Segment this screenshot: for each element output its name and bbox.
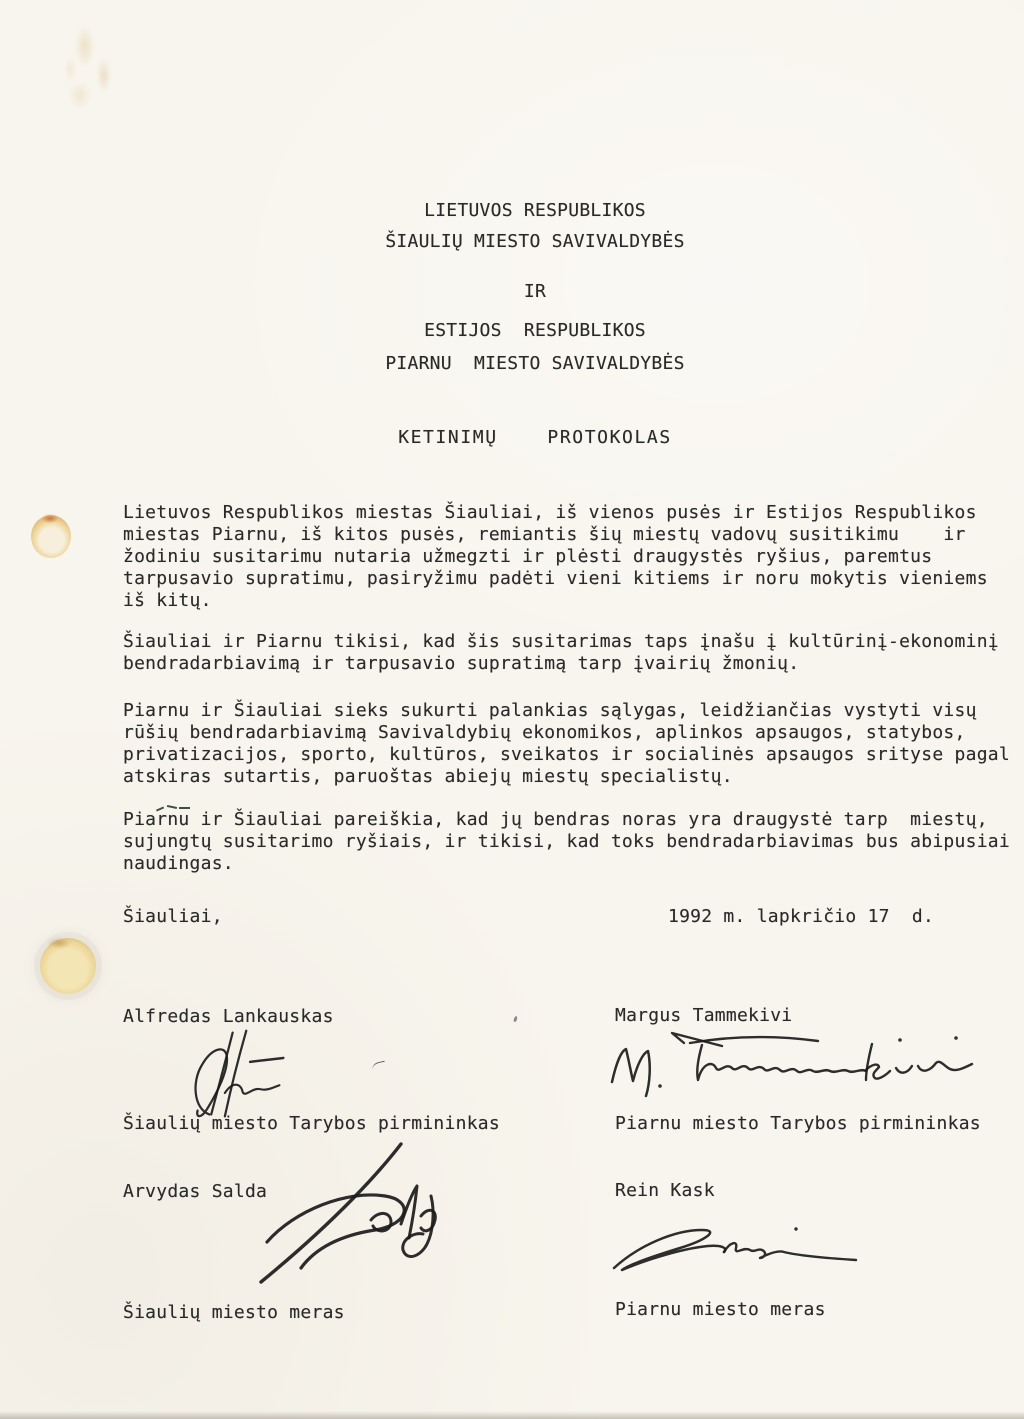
header-line-municipality-1: ŠIAULIŲ MIESTO SAVIVALDYBĖS xyxy=(46,231,1024,253)
signatory-role-tammekivi: Piarnu miesto Tarybos pirmininkas xyxy=(615,1113,981,1135)
header-line-country-1: LIETUVOS RESPUBLIKOS xyxy=(46,200,1024,222)
punch-hole-stain-upper xyxy=(31,515,71,558)
header-line-municipality-2: PIARNU MIESTO SAVIVALDYBĖS xyxy=(46,353,1024,375)
scanned-document-page: LIETUVOS RESPUBLIKOS ŠIAULIŲ MIESTO SAVI… xyxy=(0,0,1024,1419)
date-label: 1992 m. lapkričio 17 d. xyxy=(668,906,934,928)
signatory-name-kask: Rein Kask xyxy=(615,1180,715,1202)
scan-edge-shadow xyxy=(0,1411,1024,1419)
signatory-name-lankauskas: Alfredas Lankauskas xyxy=(123,1006,334,1028)
signatory-name-tammekivi: Margus Tammekivi xyxy=(615,1005,792,1027)
tammekivi-handwritten-signature xyxy=(604,1026,980,1104)
paragraph-1: Lietuvos Respublikos miestas Šiauliai, i… xyxy=(123,502,1024,612)
header-line-and: IR xyxy=(46,281,1024,303)
salda-handwritten-signature xyxy=(243,1140,438,1290)
ink-speck xyxy=(513,1016,518,1023)
paragraph-3: Piarnu ir Šiauliai sieks sukurti palanki… xyxy=(123,700,1024,788)
paragraph-2: Šiauliai ir Piarnu tikisi, kad šis susit… xyxy=(123,631,1024,675)
header-line-country-2: ESTIJOS RESPUBLIKOS xyxy=(46,320,1024,342)
place-label: Šiauliai, xyxy=(123,906,223,928)
kask-handwritten-signature xyxy=(610,1220,866,1278)
document-title: KETINIMŲ PROTOKOLAS xyxy=(46,427,1024,449)
paragraph-4: Piarnu ir Šiauliai pareiškia, kad jų ben… xyxy=(123,809,1024,875)
signatory-role-lankauskas: Šiaulių miesto Tarybos pirmininkas xyxy=(123,1113,500,1135)
stray-pen-mark xyxy=(371,1061,387,1075)
punch-hole-stain-lower xyxy=(40,938,96,994)
faded-stamp-smudge xyxy=(42,12,137,127)
lankauskas-handwritten-signature xyxy=(182,1028,294,1122)
signatory-role-salda: Šiaulių miesto meras xyxy=(123,1302,345,1324)
signatory-role-kask: Piarnu miesto meras xyxy=(615,1299,826,1321)
